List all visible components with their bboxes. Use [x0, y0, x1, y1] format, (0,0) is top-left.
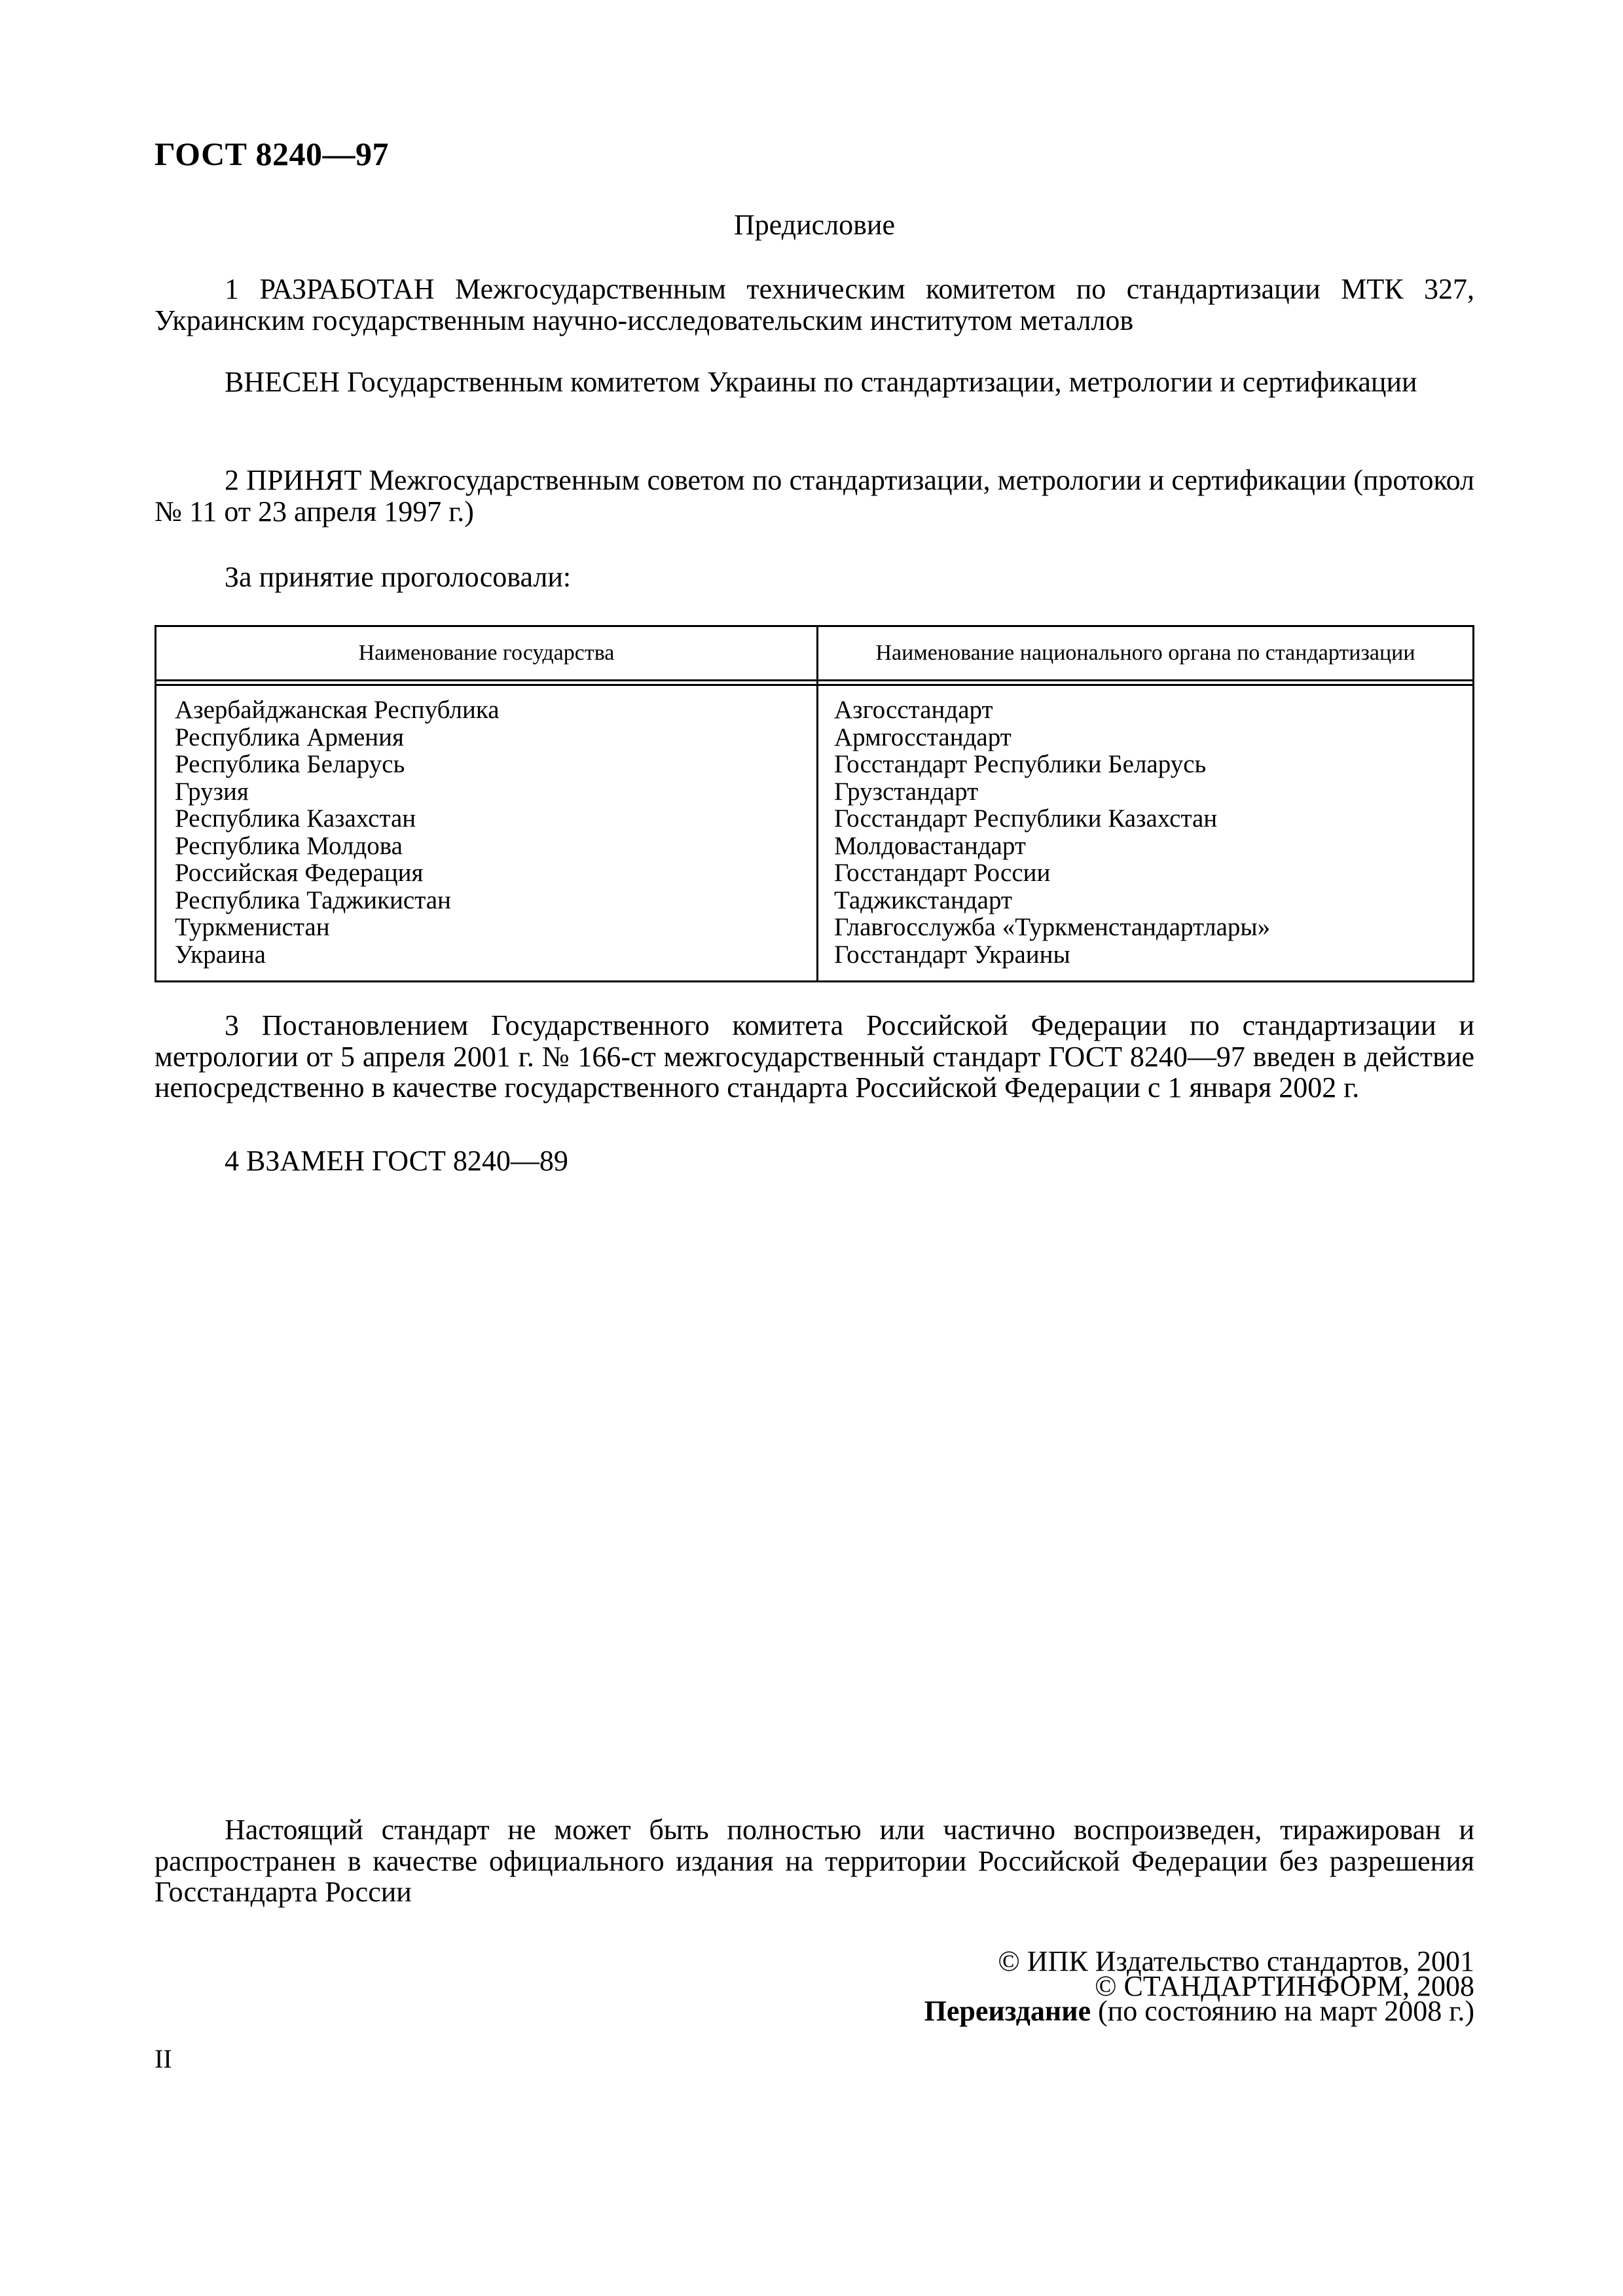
table-column-bodies: АзгосстандартАрмгосстандартГосстандарт Р…	[834, 696, 1270, 968]
table-cell-state: Республика Армения	[175, 724, 500, 751]
table-header-national-body: Наименование национального органа по ста…	[818, 627, 1472, 679]
table-cell-state: Республика Беларусь	[175, 751, 500, 778]
voting-table: Наименование государства Наименование на…	[155, 625, 1474, 982]
section-title: Предисловие	[155, 208, 1474, 242]
table-cell-national-body: Госстандарт Республики Беларусь	[834, 751, 1270, 778]
table-cell-state: Украина	[175, 941, 500, 969]
paragraph-replaces: 4 ВЗАМЕН ГОСТ 8240—89	[155, 1145, 1474, 1177]
paragraph-voted: За принятие проголосовали:	[155, 562, 1474, 593]
table-cell-national-body: Молдовастандарт	[834, 833, 1270, 860]
table-cell-national-body: Азгосстандарт	[834, 696, 1270, 724]
table-cell-national-body: Армгосстандарт	[834, 724, 1270, 751]
page-number: II	[155, 2043, 172, 2075]
table-column-states: Азербайджанская РеспубликаРеспублика Арм…	[175, 696, 500, 968]
reproduction-notice-text: Настоящий стандарт не может быть полност…	[155, 1814, 1474, 1908]
paragraph-adopted: 2 ПРИНЯТ Межгосударственным советом по с…	[155, 465, 1474, 527]
table-cell-state: Азербайджанская Республика	[175, 696, 500, 724]
table-cell-national-body: Главгосслужба «Туркменстандартлары»	[834, 914, 1270, 941]
paragraph-introduced-text: ВНЕСЕН Государственным комитетом Украины…	[225, 366, 1417, 398]
table-cell-state: Республика Молдова	[175, 833, 500, 860]
paragraph-resolution-text: 3 Постановлением Государственного комите…	[155, 1009, 1474, 1103]
table-cell-state: Туркменистан	[175, 914, 500, 941]
reissue-note: (по состоянию на март 2008 г.)	[1091, 1995, 1474, 2027]
table-cell-state: Российская Федерация	[175, 859, 500, 887]
table-cell-state: Грузия	[175, 778, 500, 806]
table-cell-state: Республика Таджикистан	[175, 887, 500, 914]
table-cell-national-body: Грузстандарт	[834, 778, 1270, 806]
table-cell-national-body: Таджикстандарт	[834, 887, 1270, 914]
table-cell-national-body: Госстандарт Украины	[834, 941, 1270, 969]
paragraph-resolution: 3 Постановлением Государственного комите…	[155, 1010, 1474, 1103]
header-rule	[156, 679, 1472, 681]
paragraph-developed-text: 1 РАЗРАБОТАН Межгосударственным техничес…	[155, 273, 1474, 336]
paragraph-voted-text: За принятие проголосовали:	[225, 561, 571, 593]
table-cell-national-body: Госстандарт России	[834, 859, 1270, 887]
reissue-line: Переиздание (по состоянию на март 2008 г…	[924, 1999, 1474, 2024]
document-code: ГОСТ 8240—97	[155, 134, 389, 173]
paragraph-introduced: ВНЕСЕН Государственным комитетом Украины…	[155, 367, 1474, 398]
table-header-state: Наименование государства	[156, 627, 816, 679]
header-rule	[156, 684, 1472, 686]
copyright-block: © ИПК Издательство стандартов, 2001 © СТ…	[924, 1949, 1474, 2024]
table-cell-national-body: Госстандарт Республики Казахстан	[834, 805, 1270, 833]
reproduction-notice: Настоящий стандарт не может быть полност…	[155, 1814, 1474, 1908]
table-cell-state: Республика Казахстан	[175, 805, 500, 833]
paragraph-developed: 1 РАЗРАБОТАН Межгосударственным техничес…	[155, 274, 1474, 336]
reissue-label: Переиздание	[924, 1995, 1091, 2027]
paragraph-adopted-text: 2 ПРИНЯТ Межгосударственным советом по с…	[155, 464, 1474, 528]
paragraph-replaces-text: 4 ВЗАМЕН ГОСТ 8240—89	[225, 1145, 568, 1177]
